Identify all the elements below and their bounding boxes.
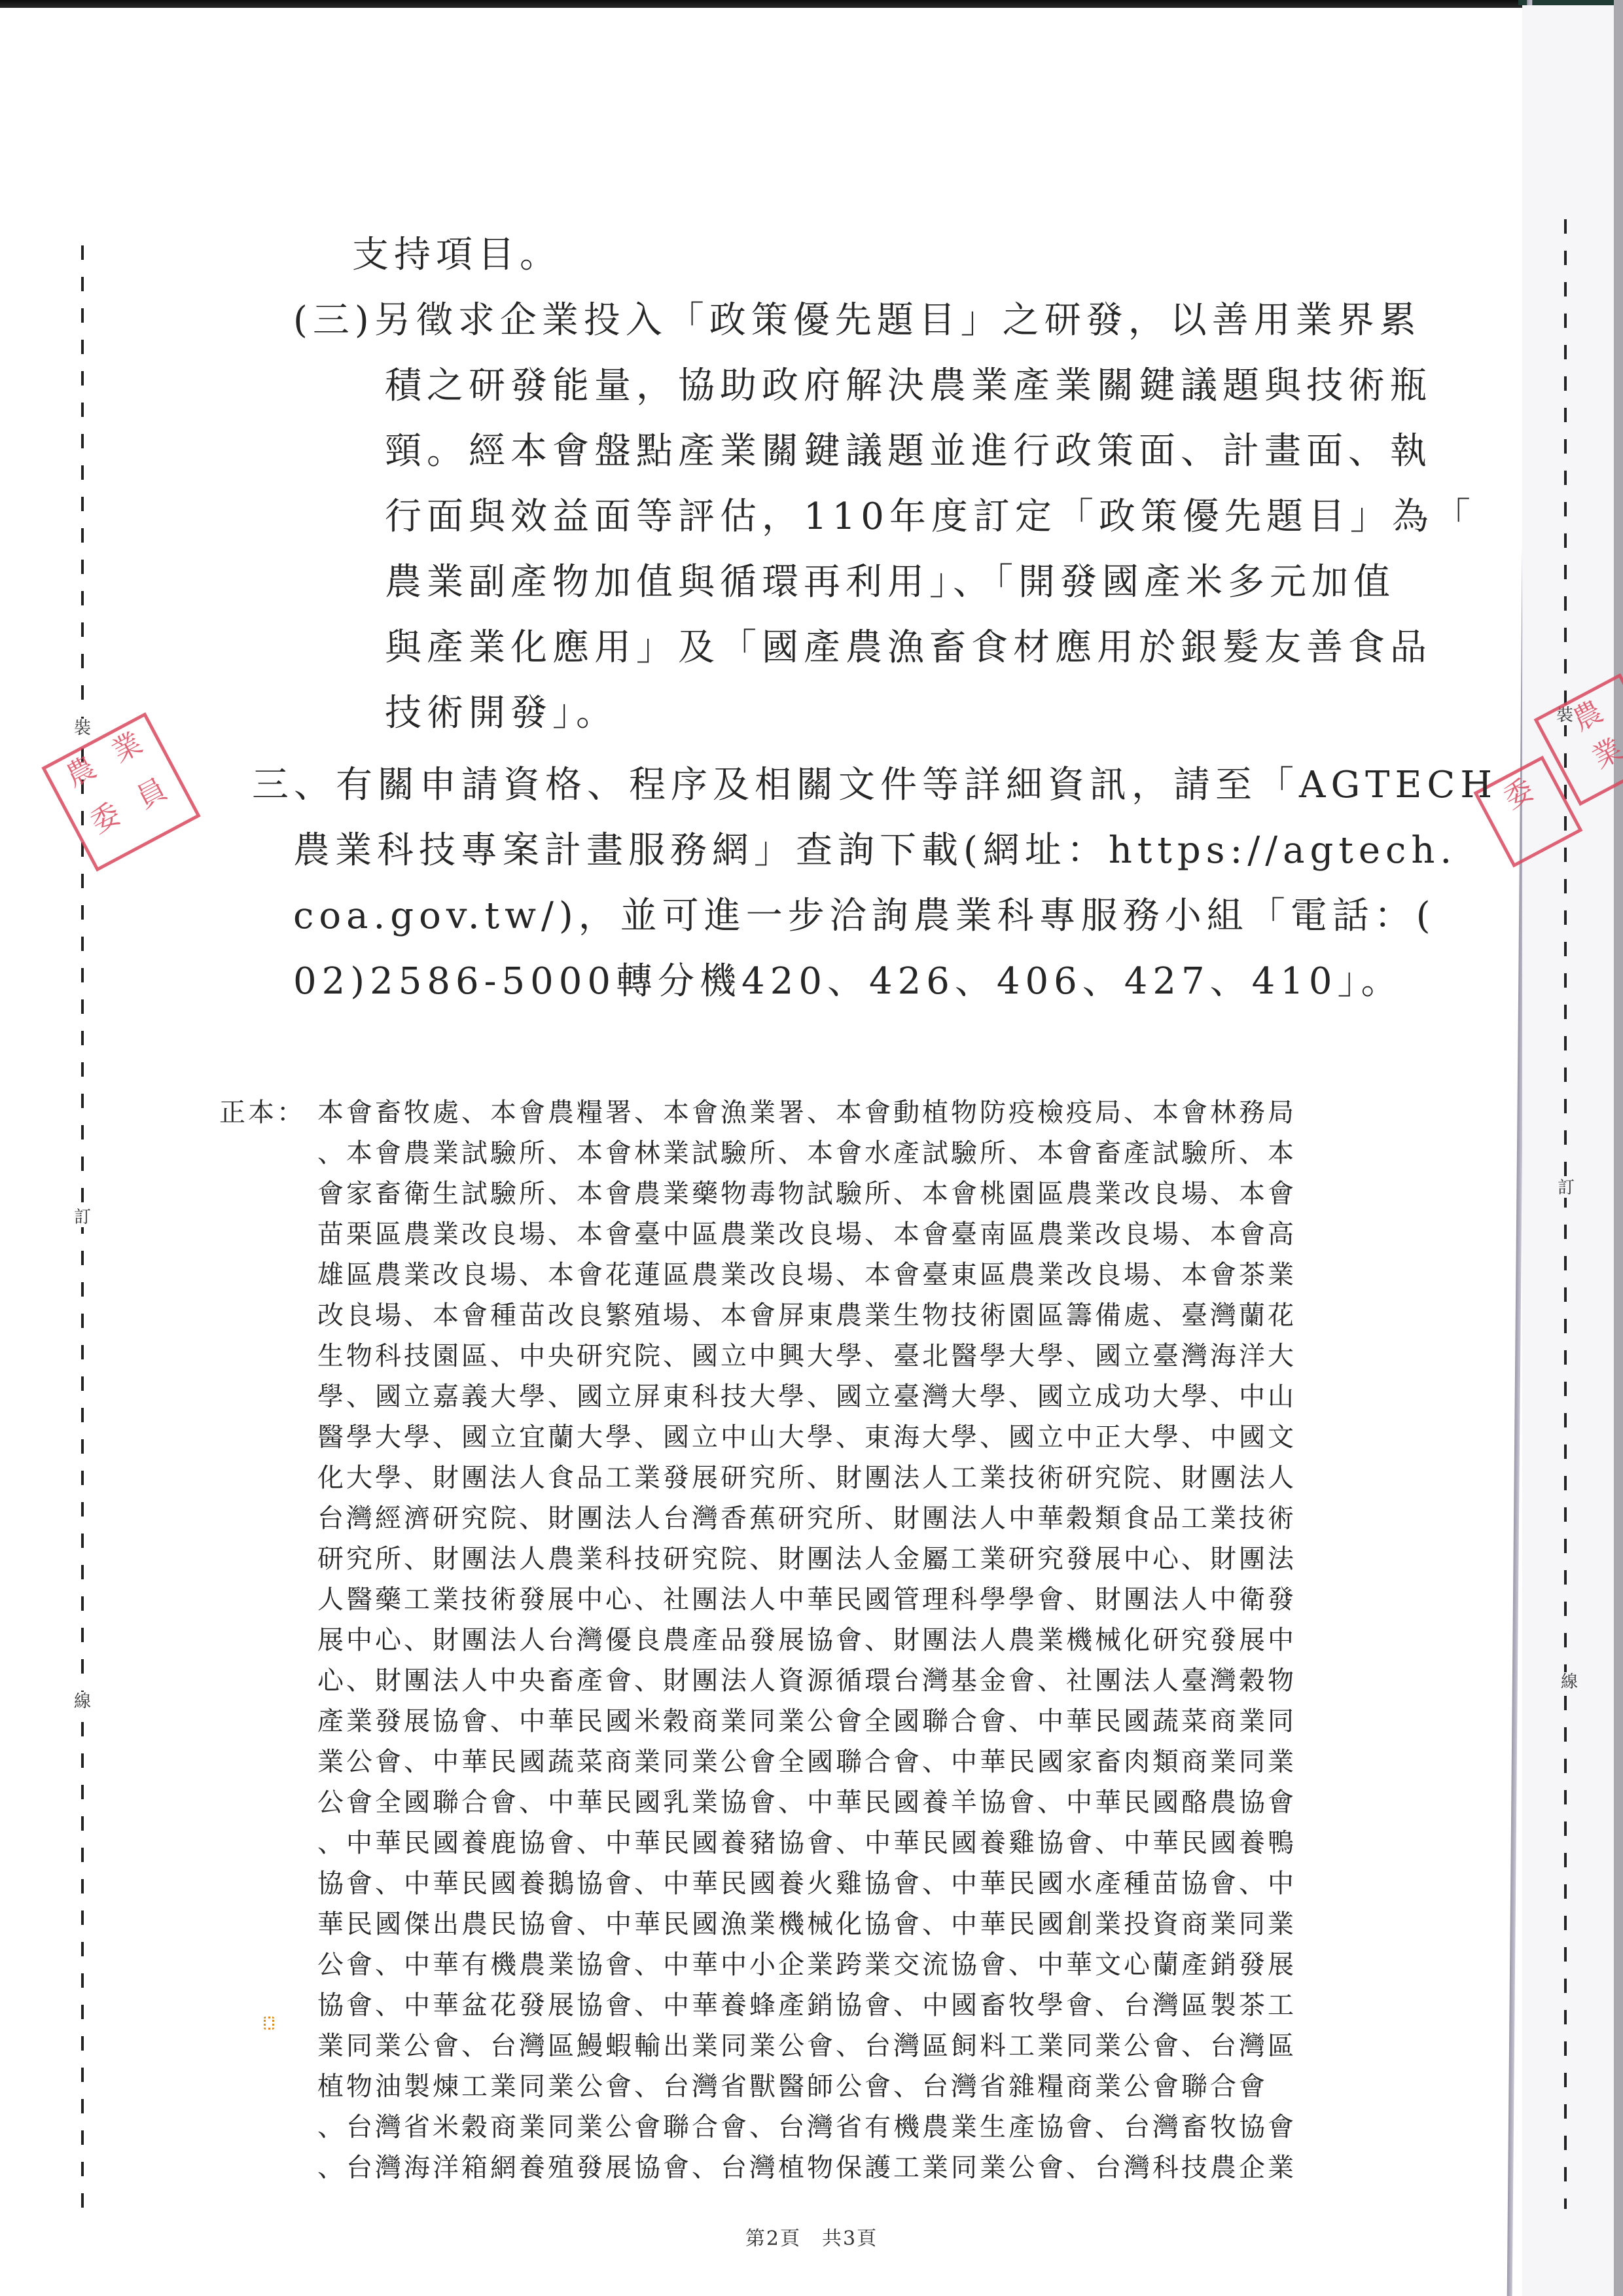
section-3-line: 農業科技專案計畫服務網」查詢下載(網址：https://agtech. <box>293 828 1457 874</box>
recipient-line: 業同業公會、台灣區鰻蝦輸出業同業公會、台灣區飼料工業同業公會、台灣區 <box>317 2030 1296 2062</box>
section-2-3-line: 行面與效益面等評估，110年度訂定「政策優先題目」為「 <box>385 494 1476 540</box>
recipient-line: 苗栗區農業改良場、本會臺中區農業改良場、本會臺南區農業改良場、本會高 <box>317 1218 1296 1251</box>
continuation-line: 支持項目。 <box>352 232 562 278</box>
recipient-line: 植物油製煉工業同業公會、台灣省獸醫師公會、台灣省雜糧商業公會聯合會 <box>317 2070 1268 2103</box>
recipient-line: 協會、中華盆花發展協會、中華養蜂產銷協會、中國畜牧學會、台灣區製茶工 <box>317 1989 1296 2022</box>
recipient-line: 改良場、本會種苗改良繁殖場、本會屏東農業生物技術園區籌備處、臺灣蘭花 <box>317 1299 1296 1332</box>
section-2-3-line: 與產業化應用」及「國產農漁畜食材應用於銀髮友善食品 <box>385 625 1432 671</box>
binding-char-ding-right: 訂 <box>1556 1178 1576 1198</box>
recipient-line: 公會全國聯合會、中華民國乳業協會、中華民國養羊協會、中華民國酪農協會 <box>317 1786 1296 1819</box>
recipient-line: 人醫藥工業技術發展中心、社團法人中華民國管理科學學會、財團法人中衛發 <box>317 1583 1296 1616</box>
recipients-label: 正本： <box>219 1096 306 1129</box>
recipient-line: 台灣經濟研究院、財團法人台灣香蕉研究所、財團法人中華穀類食品工業技術 <box>317 1502 1296 1535</box>
page-fold-edge <box>1614 0 1623 2296</box>
recipient-line: 、台灣海洋箱網養殖發展協會、台灣植物保護工業同業公會、台灣科技農企業 <box>317 2151 1296 2184</box>
recipient-line: 公會、中華有機農業協會、中華中小企業跨業交流協會、中華文心蘭產銷發展 <box>317 1948 1296 1981</box>
recipient-line: 協會、中華民國養鵝協會、中華民國養火雞協會、中華民國水產種苗協會、中 <box>317 1867 1296 1900</box>
recipient-line: 本會畜牧處、本會農糧署、本會漁業署、本會動植物防疫檢疫局、本會林務局 <box>317 1096 1296 1129</box>
recipient-line: 、中華民國養鹿協會、中華民國養豬協會、中華民國養雞協會、中華民國養鴨 <box>317 1827 1296 1859</box>
recipient-line: 業公會、中華民國蔬菜商業同業公會全國聯合會、中華民國家畜肉類商業同業 <box>317 1746 1296 1778</box>
section-2-3-line: 農業副產物加值與循環再利用」、「開發國產米多元加值 <box>385 560 1395 605</box>
page-indicator: 第2頁 共3頁 <box>0 2222 1623 2251</box>
scan-top-border <box>0 0 1623 8</box>
scan-top-border-right <box>1518 0 1623 5</box>
binding-char-zhuang-left: 裝 <box>73 719 92 738</box>
section-2-3-line: 技術開發」。 <box>385 691 618 736</box>
binding-char-ding-left: 訂 <box>73 1208 92 1227</box>
recipient-line: 展中心、財團法人台灣優良農產品發展協會、財團法人農業機械化研究發展中 <box>317 1624 1296 1657</box>
section-2-3-line: 積之研發能量，協助政府解決農業產業關鍵議題與技術瓶 <box>385 363 1432 409</box>
binding-char-xian-left: 線 <box>73 1692 92 1712</box>
scan-artifact-mark <box>264 2017 274 2030</box>
recipient-line: 華民國傑出農民協會、中華民國漁業機械化協會、中華民國創業投資商業同業 <box>317 1908 1296 1941</box>
section-3-line: 三、有關申請資格、程序及相關文件等詳細資訊，請至「AGTECH <box>252 762 1497 808</box>
binding-line-left <box>81 245 84 2209</box>
section-2-3-line: 頸。經本會盤點產業關鍵議題並進行政策面、計畫面、執 <box>385 429 1432 475</box>
recipient-line: 、台灣省米穀商業同業公會聯合會、台灣省有機農業生產協會、台灣畜牧協會 <box>317 2111 1296 2144</box>
recipient-line: 產業發展協會、中華民國米穀商業同業公會全國聯合會、中華民國蔬菜商業同 <box>317 1705 1296 1738</box>
recipient-line: 生物科技園區、中央研究院、國立中興大學、臺北醫學大學、國立臺灣海洋大 <box>317 1340 1296 1372</box>
section-2-3-line: (三)另徵求企業投入「政策優先題目」之研發，以善用業界累 <box>293 298 1421 344</box>
recipient-line: 、本會農業試驗所、本會林業試驗所、本會水產試驗所、本會畜產試驗所、本 <box>317 1137 1296 1170</box>
recipient-line: 心、財團法人中央畜產會、財團法人資源循環台灣基金會、社團法人臺灣穀物 <box>317 1664 1296 1697</box>
recipient-line: 化大學、財團法人食品工業發展研究所、財團法人工業技術研究院、財團法人 <box>317 1462 1296 1494</box>
section-3-line: coa.gov.tw/)，並可進一步洽詢農業科專服務小組「電話：( <box>293 893 1436 939</box>
recipient-line: 學、國立嘉義大學、國立屏東科技大學、國立臺灣大學、國立成功大學、中山 <box>317 1380 1296 1413</box>
binding-line-right <box>1564 219 1567 2209</box>
recipient-line: 雄區農業改良場、本會花蓮區農業改良場、本會臺東區農業改良場、本會茶業 <box>317 1259 1296 1291</box>
official-seal-left: 農 業 委 員 <box>41 712 200 871</box>
section-3-line: 02)2586-5000轉分機420、426、406、427、410」。 <box>293 959 1403 1005</box>
page-fold-strip <box>1522 5 1614 2296</box>
recipient-line: 醫學大學、國立宜蘭大學、國立中山大學、東海大學、國立中正大學、中國文 <box>317 1421 1296 1454</box>
recipient-line: 會家畜衛生試驗所、本會農業藥物毒物試驗所、本會桃園區農業改良場、本會 <box>317 1177 1296 1210</box>
recipient-line: 研究所、財團法人農業科技研究院、財團法人金屬工業研究發展中心、財團法 <box>317 1543 1296 1575</box>
binding-char-xian-right: 線 <box>1560 1672 1579 1692</box>
